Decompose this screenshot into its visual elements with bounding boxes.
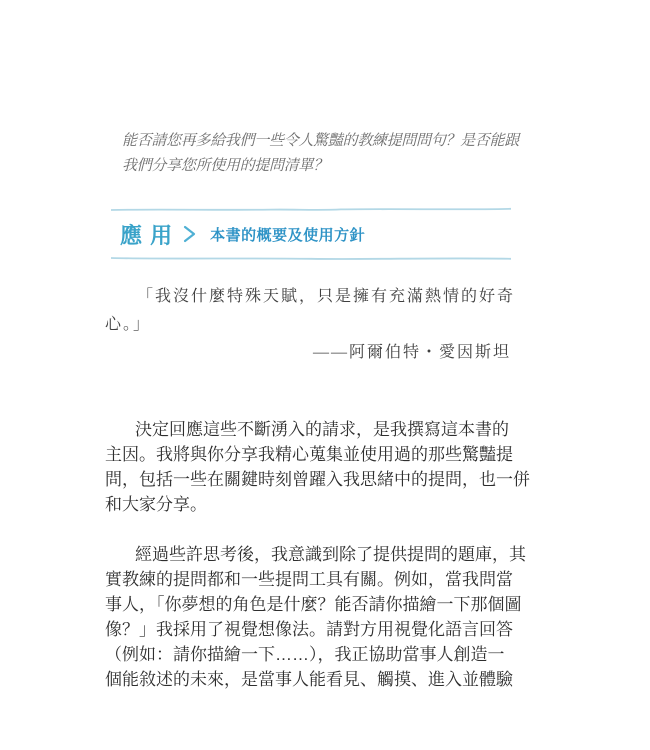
epigraph-line: 「我沒什麼特殊天賦，只是擁有充滿熱情的好奇 — [105, 283, 511, 311]
section-subtitle: 本書的概要及使用方針 — [210, 224, 365, 245]
paragraph-line: 事人，「你夢想的角色是什麼？能否請你描繪一下那個圖 — [105, 592, 511, 617]
paragraph-line: 經過些許思考後，我意識到除了提供提問的題庫，其 — [105, 542, 511, 567]
paragraph-line: 像？」我採用了視覺想像法。請對方用視覺化語言回答 — [105, 617, 511, 642]
section-title: 應 用 — [120, 219, 173, 250]
paragraph-line: 主因。我將與你分享我精心蒐集並使用過的那些驚豔提 — [105, 442, 511, 467]
paragraph-line: 實教練的提問都和一些提問工具有關。例如，當我問當 — [105, 567, 511, 592]
section-header: 應 用 本書的概要及使用方針 — [105, 207, 511, 261]
intro-quote-line: 能否請您再多給我們一些令人驚豔的教練提問問句？是否能跟 — [122, 128, 511, 153]
body-paragraph-2: 經過些許思考後，我意識到除了提供提問的題庫，其 實教練的提問都和一些提問工具有關… — [105, 542, 511, 692]
epigraph-attribution: ——阿爾伯特・愛因斯坦 — [105, 339, 511, 367]
hand-drawn-rule-bottom — [111, 256, 511, 261]
epigraph-quote: 「我沒什麼特殊天賦，只是擁有充滿熱情的好奇 心。」 ——阿爾伯特・愛因斯坦 — [105, 283, 511, 367]
paragraph-line: （例如：請你描繪一下……），我正協助當事人創造一 — [105, 642, 511, 667]
section-header-row: 應 用 本書的概要及使用方針 — [105, 212, 511, 256]
intro-reader-question: 能否請您再多給我們一些令人驚豔的教練提問問句？是否能跟 我們分享您所使用的提問清… — [105, 128, 511, 178]
epigraph-line: 心。」 — [105, 311, 511, 339]
body-paragraph-1: 決定回應這些不斷湧入的請求，是我撰寫這本書的 主因。我將與你分享我精心蒐集並使用… — [105, 417, 511, 517]
book-page: 能否請您再多給我們一些令人驚豔的教練提問問句？是否能跟 我們分享您所使用的提問清… — [0, 0, 650, 750]
paragraph-line: 決定回應這些不斷湧入的請求，是我撰寫這本書的 — [105, 417, 511, 442]
paragraph-line: 問，包括一些在關鍵時刻曾躍入我思緒中的提問，也一併 — [105, 467, 511, 492]
text-column: 能否請您再多給我們一些令人驚豔的教練提問問句？是否能跟 我們分享您所使用的提問清… — [105, 0, 511, 692]
paragraph-line: 和大家分享。 — [105, 492, 511, 517]
intro-quote-line: 我們分享您所使用的提問清單？ — [122, 153, 511, 178]
chevron-right-icon — [183, 225, 196, 243]
paragraph-line: 個能敘述的未來，是當事人能看見、觸摸、進入並體驗 — [105, 667, 511, 692]
